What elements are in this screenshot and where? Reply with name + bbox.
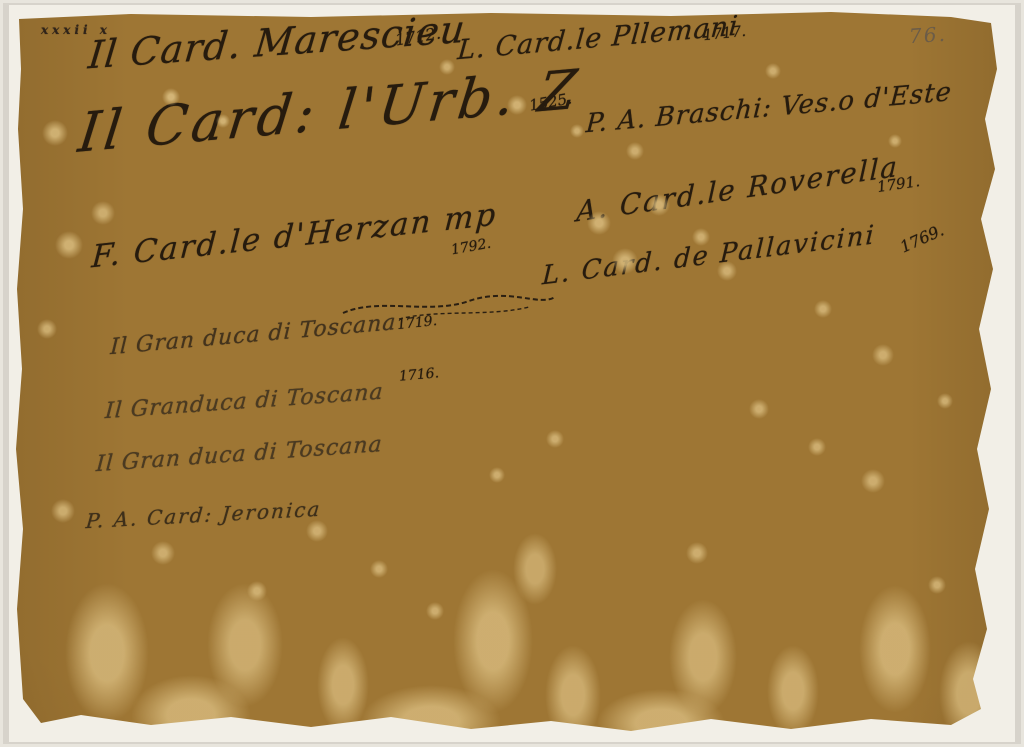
date-label: 1717.	[702, 22, 747, 44]
signature-pllemani: L. Card.le Pllemani	[456, 10, 740, 66]
signature-granduca-toscana-2: Il Granduca di Toscana	[104, 380, 384, 425]
signature-roverella: A. Card.le Roverella	[576, 150, 900, 229]
manuscript-paper: xxxii x 76. Il Card. Marescieu 1712. L. …	[11, 9, 1007, 740]
signature-pallavicini: L. Card. de Pallavicini	[541, 220, 876, 291]
signature-card-urb: Il Card: l'Urb. Z	[75, 57, 584, 165]
signature-jeronica: P. A. Card: Jeronica	[85, 497, 323, 533]
signature-braschi: P. A. Braschi: Ves.o d'Este	[585, 77, 953, 139]
date-label: 1769.	[897, 221, 947, 257]
folio-number: 76.	[908, 22, 947, 49]
date-label: 1716.	[398, 365, 439, 384]
date-label: 1719.	[396, 313, 438, 333]
signature-granduca-toscana-1: Il Gran duca di Toscana	[110, 310, 397, 360]
date-label: 1792.	[450, 236, 492, 259]
scan-of-manuscript-sheet: xxxii x 76. Il Card. Marescieu 1712. L. …	[0, 0, 1024, 747]
signature-herzan: F. Card.le d'Herzan mp	[90, 196, 498, 275]
signature-granduca-toscana-3: Il Gran duca di Toscana	[95, 432, 383, 477]
